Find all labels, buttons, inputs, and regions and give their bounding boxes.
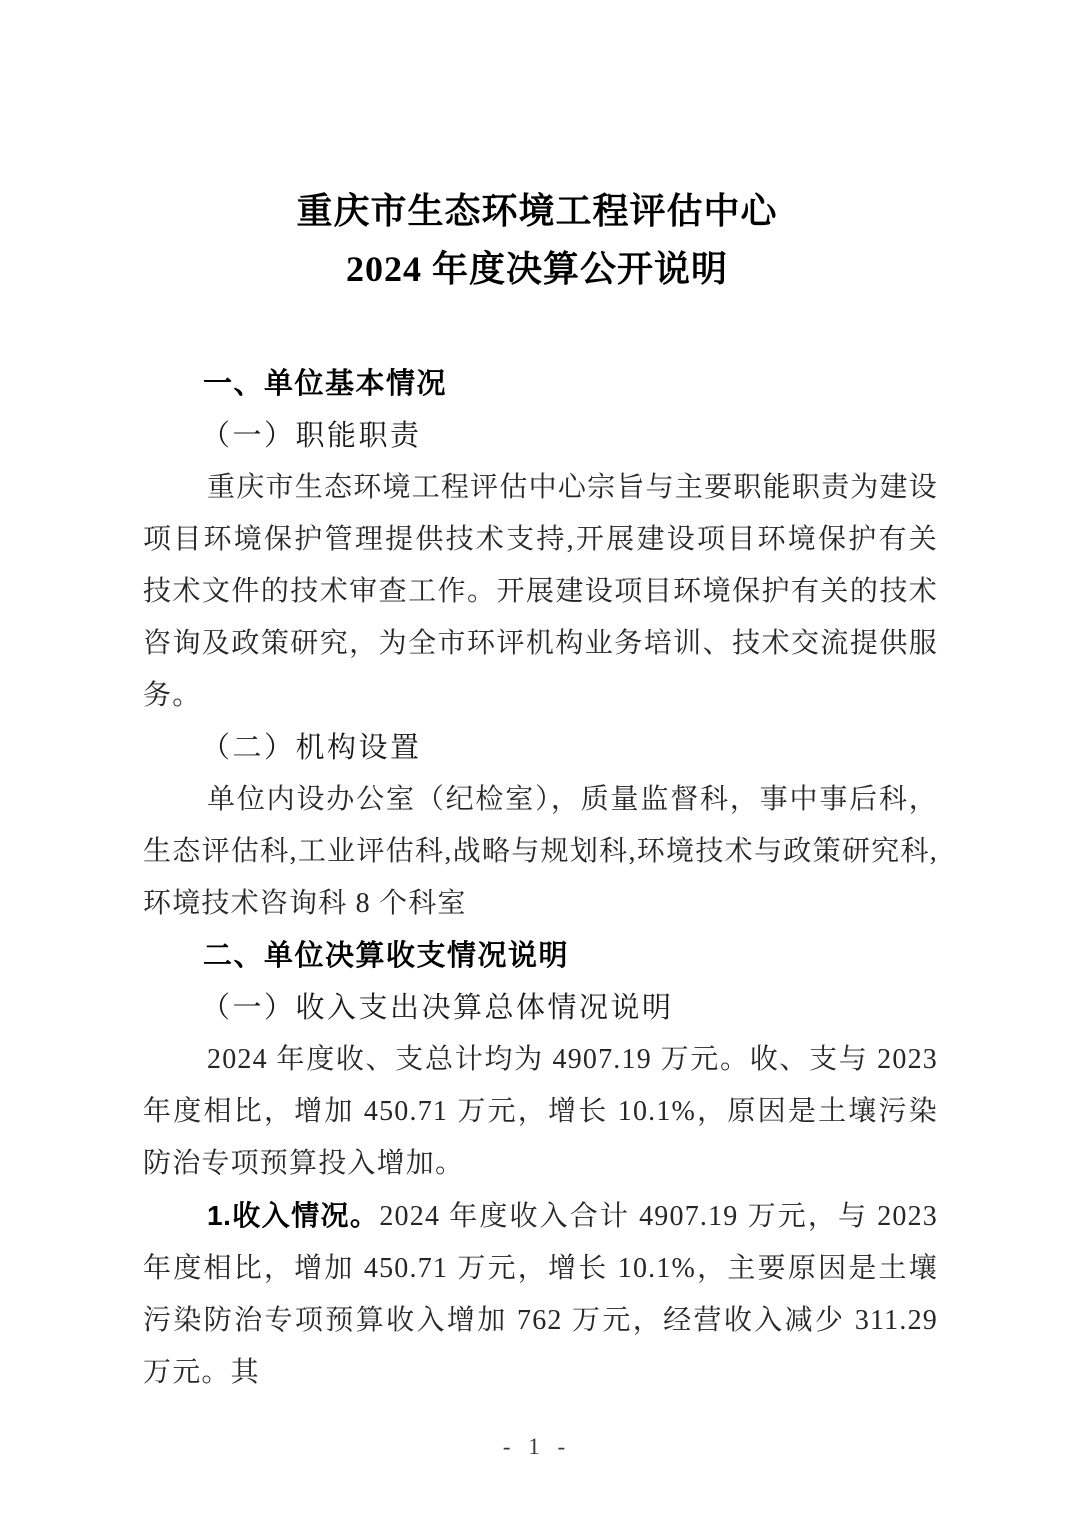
document-title: 重庆市生态环境工程评估中心 2024 年度决算公开说明 bbox=[0, 182, 1074, 298]
document-body: 一、单位基本情况 （一）职能职责 重庆市生态环境工程评估中心宗旨与主要职能职责为… bbox=[143, 358, 938, 1399]
section-1-heading: 一、单位基本情况 bbox=[143, 358, 938, 410]
page-number: - 1 - bbox=[503, 1434, 571, 1459]
section-1-subsection-1-heading: （一）职能职责 bbox=[143, 410, 938, 462]
paragraph-income-situation: 1.收入情况。2024 年度收入合计 4907.19 万元，与 2023 年度相… bbox=[143, 1190, 938, 1399]
page-footer: - 1 - bbox=[0, 1434, 1074, 1460]
document-title-line-2: 2024 年度决算公开说明 bbox=[0, 240, 1074, 298]
paragraph-budget-overview: 2024 年度收、支总计均为 4907.19 万元。收、支与 2023 年度相比… bbox=[143, 1034, 938, 1190]
section-2-subsection-1-heading: （一）收入支出决算总体情况说明 bbox=[143, 982, 938, 1034]
document-page: 重庆市生态环境工程评估中心 2024 年度决算公开说明 一、单位基本情况 （一）… bbox=[0, 0, 1074, 1520]
document-title-line-1: 重庆市生态环境工程评估中心 bbox=[0, 182, 1074, 240]
paragraph-functions-duties: 重庆市生态环境工程评估中心宗旨与主要职能职责为建设项目环境保护管理提供技术支持,… bbox=[143, 462, 938, 722]
paragraph-organization-setup: 单位内设办公室（纪检室），质量监督科，事中事后科，生态评估科,工业评估科,战略与… bbox=[143, 774, 938, 930]
section-1-subsection-2-heading: （二）机构设置 bbox=[143, 722, 938, 774]
income-item-label: 1.收入情况。 bbox=[207, 1200, 379, 1231]
section-2-heading: 二、单位决算收支情况说明 bbox=[143, 930, 938, 982]
